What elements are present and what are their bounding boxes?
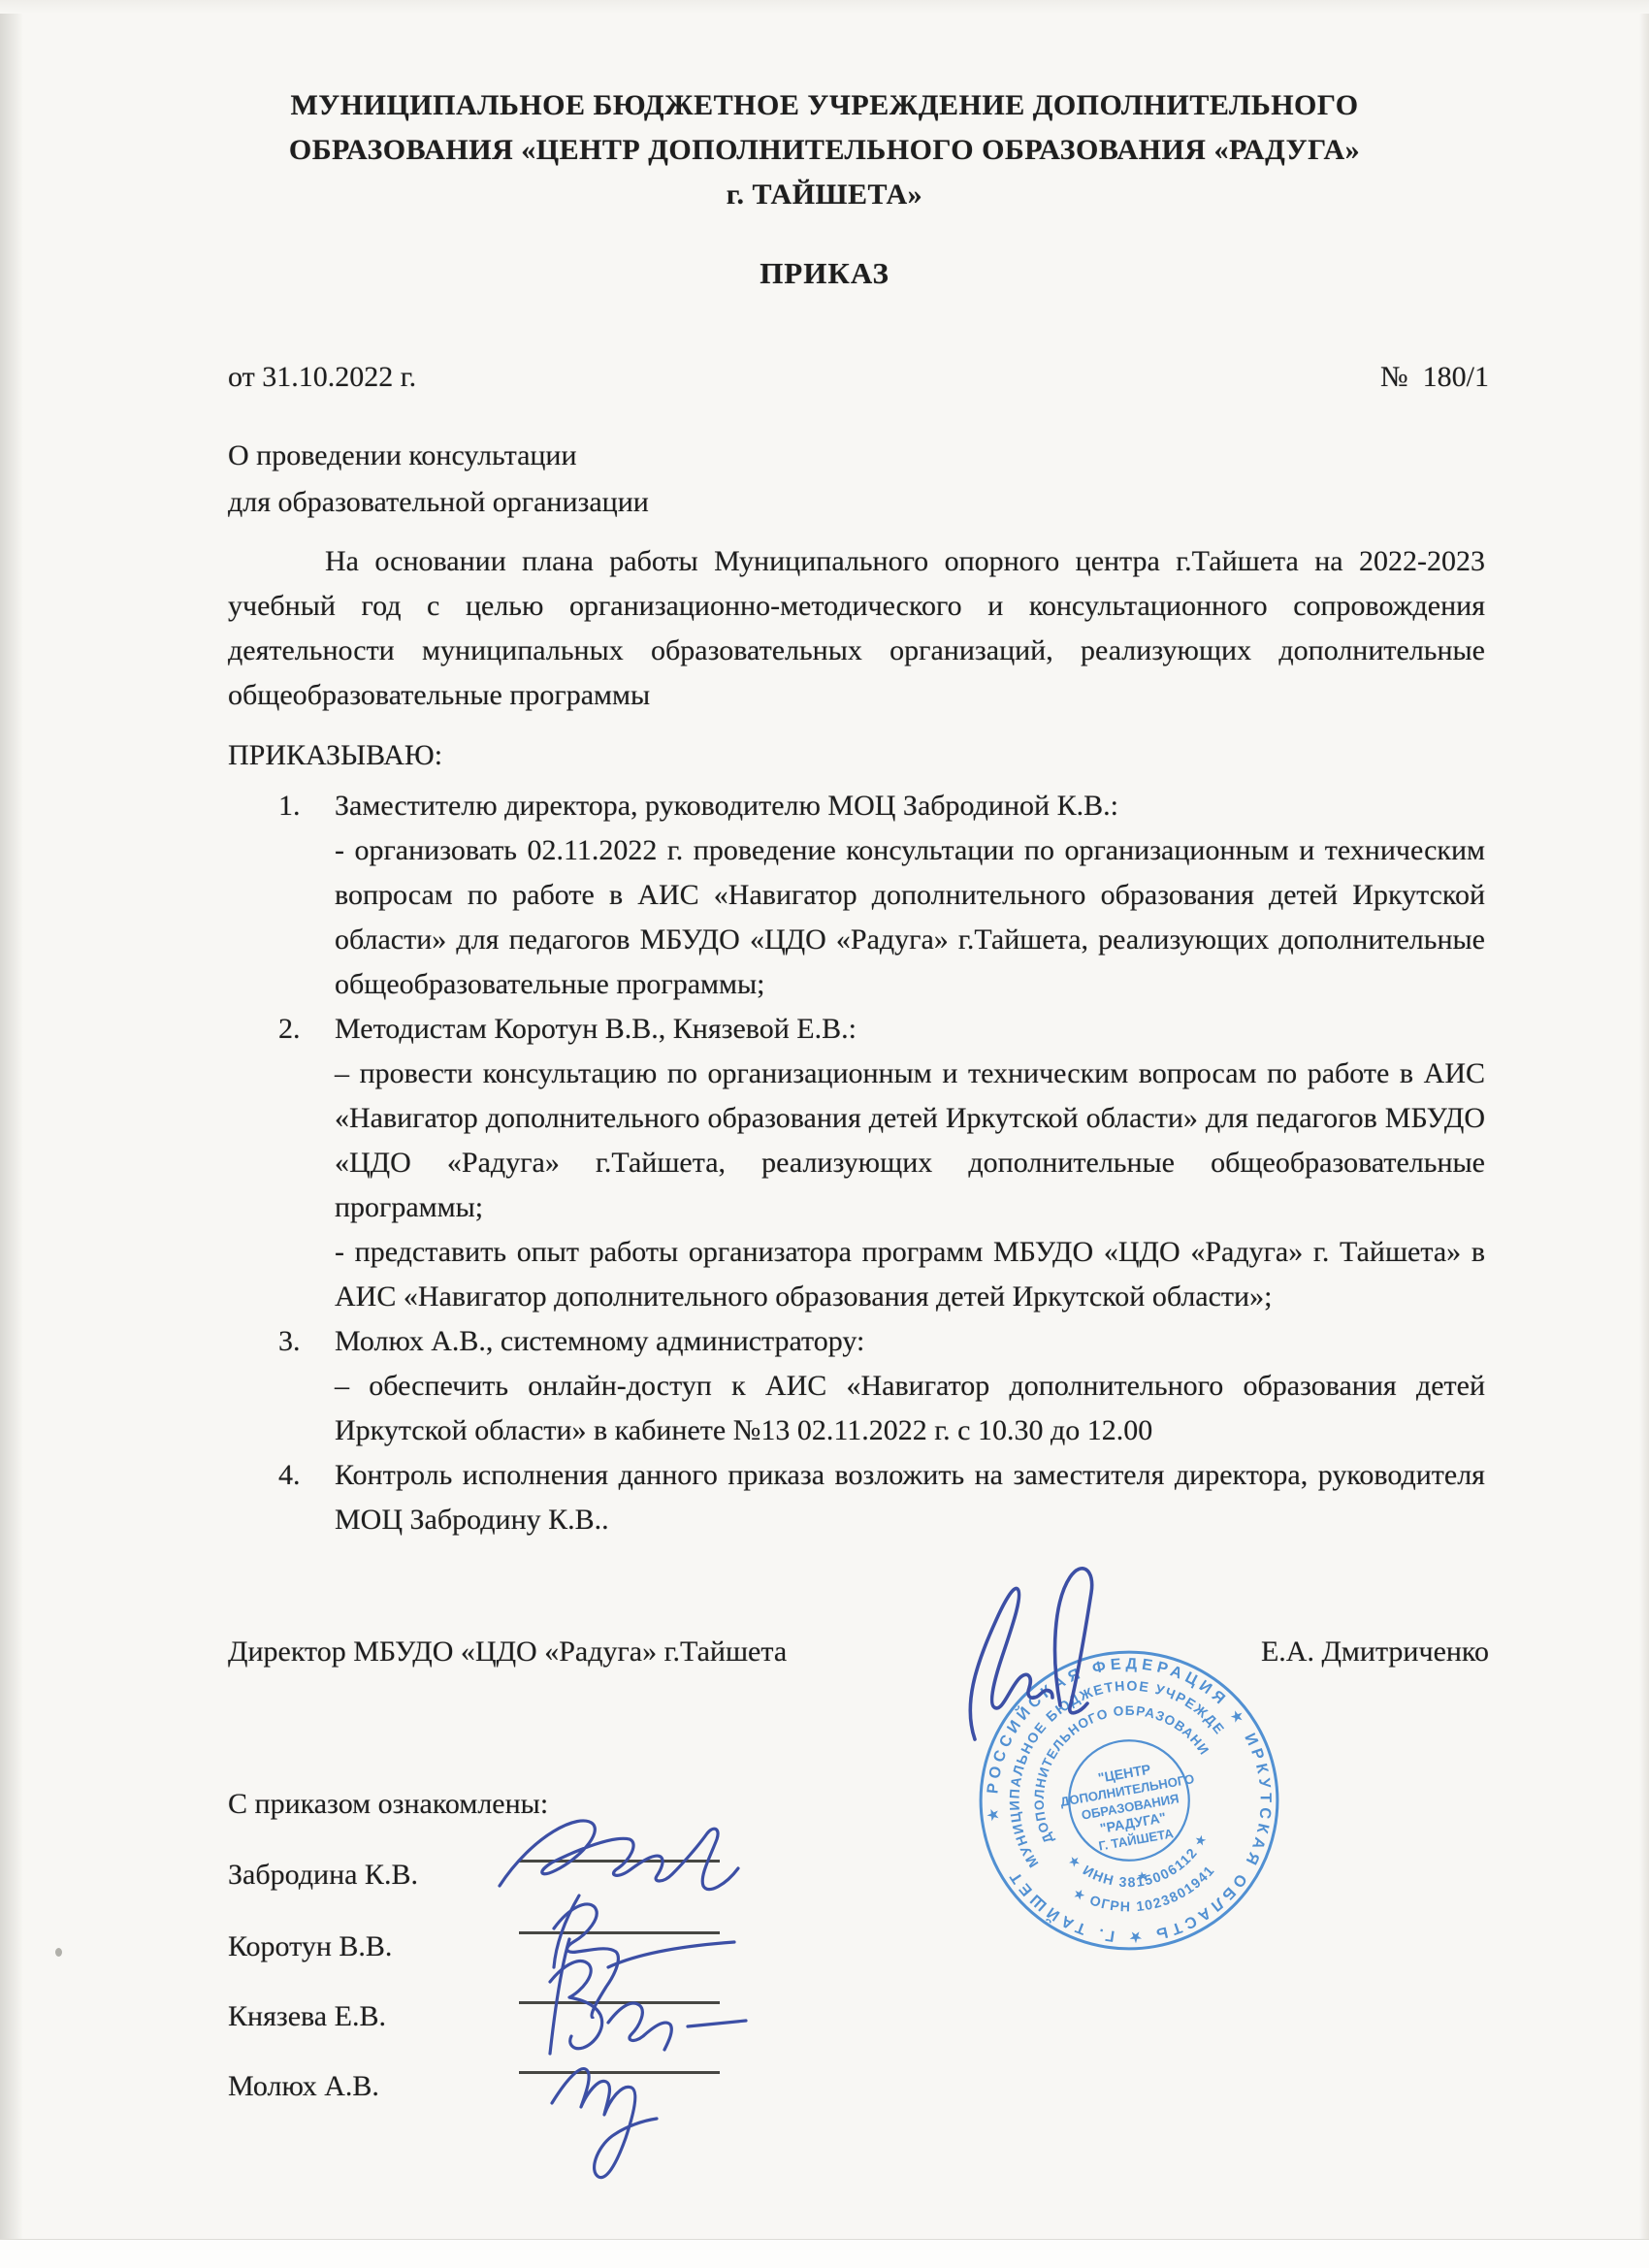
signatory-row: Князева Е.В.	[228, 2000, 386, 2033]
org-name-line: ОБРАЗОВАНИЯ «ЦЕНТР ДОПОЛНИТЕЛЬНОГО ОБРАЗ…	[165, 128, 1484, 173]
signatory-name: Коротун В.В.	[228, 1930, 392, 1962]
director-name: Е.А. Дмитриченко	[1261, 1636, 1489, 1669]
order-item: 3. Молюх А.В., системному администратору…	[228, 1319, 1485, 1453]
order-date: от 31.10.2022 г.	[228, 361, 416, 394]
org-name-line: г. ТАЙШЕТА»	[165, 173, 1484, 217]
paper-edge-left	[0, 0, 23, 2243]
item-paragraph: Методистам Коротун В.В., Князевой Е.В.:	[335, 1007, 1485, 1052]
item-number: 2.	[228, 1007, 335, 1319]
item-paragraph: - организовать 02.11.2022 г. проведение …	[335, 828, 1485, 1007]
order-title: ПРИКАЗ	[165, 256, 1484, 291]
paper-edge-top	[0, 0, 1649, 14]
signatory-row: Коротун В.В.	[228, 1930, 392, 1963]
item-paragraph: Заместителю директора, руководителю МОЦ …	[335, 784, 1485, 828]
signatory-name: Молюх А.В.	[228, 2070, 379, 2102]
order-number: № 180/1	[1380, 361, 1489, 394]
order-subject-line: О проведении консультации	[228, 433, 649, 479]
order-items-list: 1. Заместителю директора, руководителю М…	[228, 784, 1485, 1542]
item-number: 4.	[228, 1453, 335, 1542]
order-item: 4. Контроль исполнения данного приказа в…	[228, 1453, 1485, 1542]
order-intro-paragraph: На основании плана работы Муниципального…	[228, 539, 1485, 718]
org-name-line: МУНИЦИПАЛЬНОЕ БЮДЖЕТНОЕ УЧРЕЖДЕНИЕ ДОПОЛ…	[165, 83, 1484, 128]
item-paragraph: – обеспечить онлайн-доступ к АИС «Навига…	[335, 1364, 1485, 1453]
item-paragraph: Контроль исполнения данного приказа возл…	[335, 1453, 1485, 1542]
signatory-name: Князева Е.В.	[228, 2000, 386, 2032]
paper-edge-bottom	[0, 2239, 1649, 2268]
item-number: 1.	[228, 784, 335, 1007]
signatory-name: Забродина К.В.	[228, 1859, 418, 1891]
signatory-row: Забродина К.В.	[228, 1859, 418, 1892]
signature-director	[946, 1560, 1154, 1754]
scanned-order-page: МУНИЦИПАЛЬНОЕ БЮДЖЕТНОЕ УЧРЕЖДЕНИЕ ДОПОЛ…	[0, 0, 1649, 2268]
scan-speck	[55, 1948, 62, 1957]
item-paragraph: Молюх А.В., системному администратору:	[335, 1319, 1485, 1364]
order-item: 2. Методистам Коротун В.В., Князевой Е.В…	[228, 1007, 1485, 1319]
order-item: 1. Заместителю директора, руководителю М…	[228, 784, 1485, 1007]
org-name-header: МУНИЦИПАЛЬНОЕ БЮДЖЕТНОЕ УЧРЕЖДЕНИЕ ДОПОЛ…	[165, 83, 1484, 217]
order-meta-row: от 31.10.2022 г. № 180/1	[228, 361, 1489, 394]
item-paragraph: - представить опыт работы организатора п…	[335, 1230, 1485, 1319]
order-subject: О проведении консультации для образовате…	[228, 433, 649, 526]
director-signature-row: Директор МБУДО «ЦДО «Радуга» г.Тайшета Е…	[228, 1636, 1489, 1669]
signature-molyukh	[529, 2018, 761, 2183]
director-label: Директор МБУДО «ЦДО «Радуга» г.Тайшета	[228, 1636, 787, 1669]
order-word: ПРИКАЗЫВАЮ:	[228, 739, 442, 772]
signatory-row: Молюх А.В.	[228, 2070, 379, 2103]
order-subject-line: для образовательной организации	[228, 479, 649, 526]
item-number: 3.	[228, 1319, 335, 1453]
item-paragraph: – провести консультацию по организационн…	[335, 1052, 1485, 1230]
paper-edge-right	[1639, 0, 1649, 2243]
stamp-star: ★	[1136, 1868, 1148, 1884]
